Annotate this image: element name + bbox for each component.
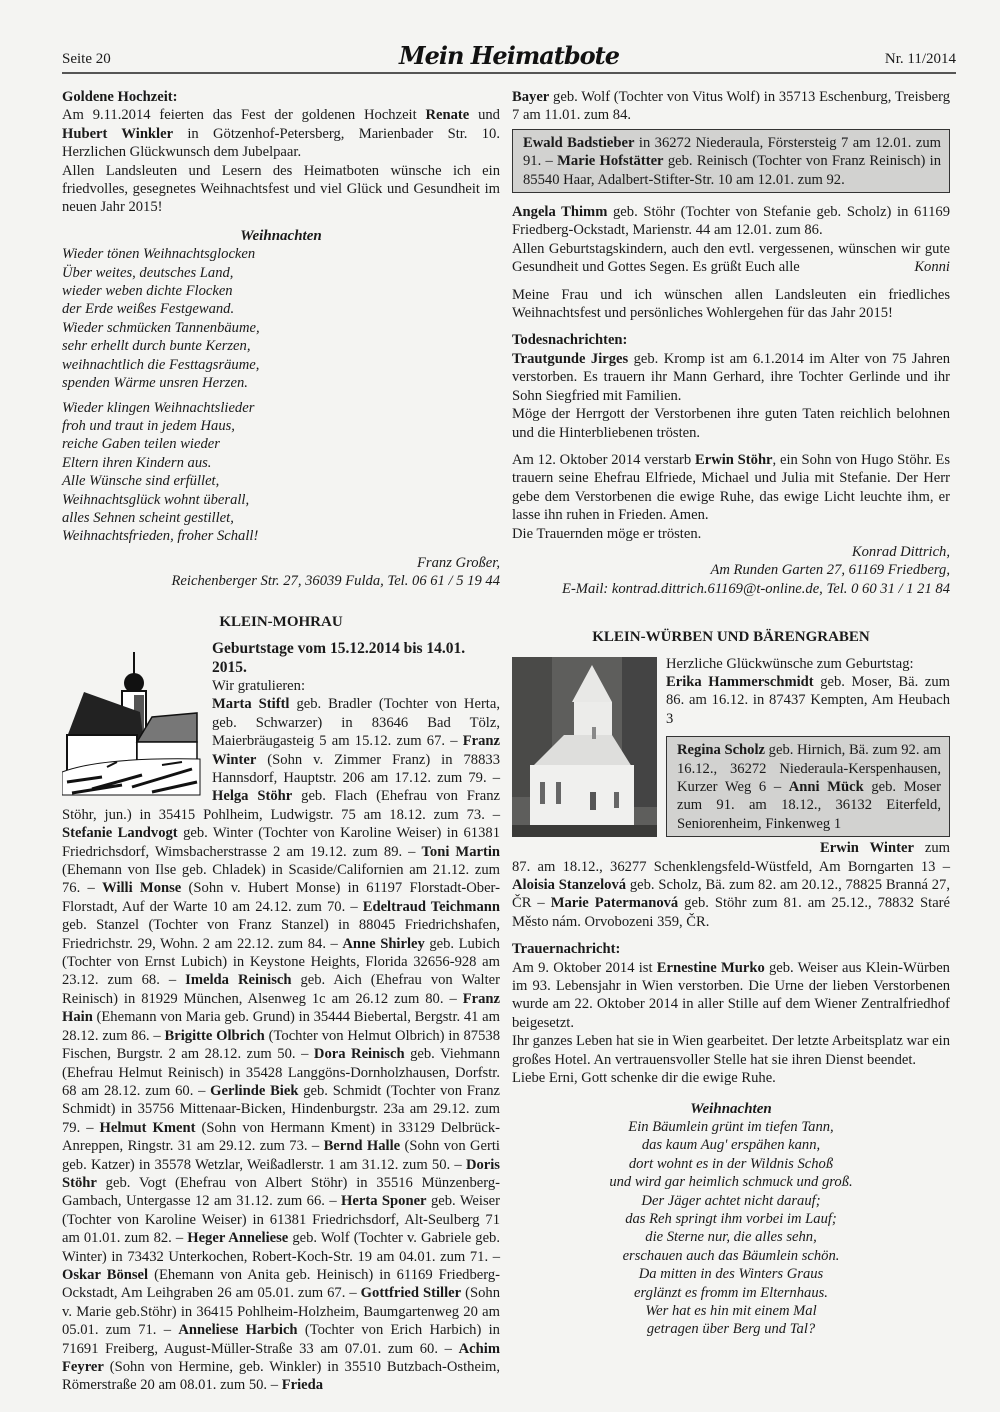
poem-line: Weihnachtsglück wohnt überall, <box>62 491 500 509</box>
person-name: Gerlinde Biek <box>210 1083 298 1099</box>
person-name: Marie Patermanová <box>551 895 679 911</box>
person-name: Erika Hammerschmidt <box>666 674 814 690</box>
kw-birthdays-continued: Erwin Winter zum 87. am 18.12., 36277 Sc… <box>512 839 950 931</box>
poem-line: Weihnachtsfrieden, froher Schall! <box>62 527 500 545</box>
person-name: Toni Martin <box>422 844 500 860</box>
greeting-text: Meine Frau und ich wünschen allen Landsl… <box>512 286 950 323</box>
highlight-box-kw: Regina Scholz geb. Hirnich, Bä. zum 92. … <box>666 736 950 837</box>
poem-line: weihnachtlich die Festtagsräume, <box>62 356 500 374</box>
person-name: Erwin Winter <box>820 840 914 856</box>
angela-entry: Angela Thimm geb. Stöhr (Tochter von Ste… <box>512 203 950 240</box>
person-name: Ewald Badstieber <box>523 135 634 151</box>
poem-line: Über weites, deutsches Land, <box>62 264 500 282</box>
person-name: Hubert Winkler <box>62 126 173 142</box>
death-notices-title: Todesnachrichten: <box>512 331 950 349</box>
poem-line: Der Jäger achtet nicht darauf; <box>512 1192 950 1210</box>
poem-line: der Erde weißes Festgewand. <box>62 300 500 318</box>
person-name: Renate <box>425 107 469 123</box>
death-notice-1-blessing: Möge der Herrgott der Verstorbenen ihre … <box>512 405 950 442</box>
poem-stanza-2: Wieder klingen Weihnachtsliederfroh und … <box>62 399 500 546</box>
person-name: Stefanie Landvogt <box>62 825 178 841</box>
poem-line: Wieder schmücken Tannenbäume, <box>62 319 500 337</box>
left-column: Goldene Hochzeit: Am 9.11.2014 feierten … <box>62 88 500 1395</box>
person-name: Herta Sponer <box>341 1193 426 1209</box>
poem-author: Franz Großer, <box>62 554 500 572</box>
birthday-wish: Allen Geburtstagskindern, auch den evtl.… <box>512 240 950 277</box>
poem-line: Wer hat es hin mit einem Mal <box>512 1302 950 1320</box>
person-name: Helmut Kment <box>100 1120 196 1136</box>
poem-line: Da mitten in des Winters Graus <box>512 1265 950 1283</box>
golden-wedding-text: Am 9.11.2014 feierten das Fest der golde… <box>62 106 500 161</box>
poem-line: dort wohnt es in der Wildnis Schoß <box>512 1155 950 1173</box>
right-column: Bayer geb. Wolf (Tochter von Vitus Wolf)… <box>512 88 950 1339</box>
author-address: Am Runden Garten 27, 61169 Friedberg, <box>512 561 950 579</box>
church-illustration <box>62 647 202 797</box>
poem-title-2: Weihnachten <box>512 1100 950 1118</box>
person-name: Edeltraud Teichmann <box>363 899 500 915</box>
holiday-wish: Allen Landsleuten und Lesern des Heimatb… <box>62 162 500 217</box>
birthday-list: Marta Stiftl geb. Bradler (Tochter von H… <box>62 695 500 1394</box>
person-name: Angela Thimm <box>512 204 607 220</box>
author-name: Konrad Dittrich, <box>512 543 950 561</box>
author-contact: E-Mail: kontrad.dittrich.61169@t-online.… <box>512 580 950 598</box>
person-name: Heger Anneliese <box>187 1230 288 1246</box>
mourning-text: Am 9. Oktober 2014 ist Ernestine Murko g… <box>512 959 950 1033</box>
person-name: Anneliese Harbich <box>178 1322 297 1338</box>
person-name: Aloisia Stanzelová <box>512 877 626 893</box>
golden-wedding-article: Goldene Hochzeit: Am 9.11.2014 feierten … <box>62 88 500 217</box>
person-name: Anni Mück <box>789 779 864 795</box>
golden-wedding-title: Goldene Hochzeit: <box>62 88 500 106</box>
mourning-title: Trauernachricht: <box>512 940 950 958</box>
poem-line: die Sterne nur, die alles sehn, <box>512 1228 950 1246</box>
page-header: Seite 20 Mein Heimatbote Nr. 11/2014 <box>62 38 956 74</box>
poem-line: Eltern ihren Kindern aus. <box>62 454 500 472</box>
poem-author-address: Reichenberger Str. 27, 36039 Fulda, Tel.… <box>62 572 500 590</box>
poem-title: Weihnachten <box>62 227 500 245</box>
text: und <box>469 107 500 123</box>
death-notice-1: Trautgunde Jirges geb. Kromp ist am 6.1.… <box>512 350 950 405</box>
masthead-logo: Mein Heimatbote <box>399 41 619 70</box>
text: Am 12. Oktober 2014 verstarb <box>512 452 695 468</box>
poem-line: sehr erhellt durch bunte Kerzen, <box>62 337 500 355</box>
poem-line: erschauen auch das Bäumlein schön. <box>512 1247 950 1265</box>
poem-2-lines: Ein Bäumlein grünt im tiefen Tann,das ka… <box>512 1118 950 1339</box>
mourning-closing: Liebe Erni, Gott schenke dir die ewige R… <box>512 1069 950 1087</box>
person-name: Trautgunde Jirges <box>512 351 628 367</box>
poem-line: froh und traut in jedem Haus, <box>62 417 500 435</box>
death-notice-2: Am 12. Oktober 2014 verstarb Erwin Stöhr… <box>512 451 950 525</box>
poem-line: das kaum Aug' erspähen kann, <box>512 1136 950 1154</box>
text: Am 9. Oktober 2014 ist <box>512 960 657 976</box>
person-name: Bayer <box>512 89 549 105</box>
poem-stanza-1: Wieder tönen WeihnachtsglockenÜber weite… <box>62 245 500 392</box>
text: Allen Geburtstagskindern, auch den evtl.… <box>512 241 950 275</box>
chapel-image-icon <box>512 657 657 837</box>
person-name: Marta Stiftl <box>212 696 289 712</box>
birthday-details: (Sohn v. Zimmer Franz) in 78833 Hannsdor… <box>212 752 500 786</box>
person-name: Dora Reinisch <box>314 1046 405 1062</box>
person-name: Helga Stöhr <box>212 788 292 804</box>
person-name: Imelda Reinisch <box>185 972 291 988</box>
church-drawing-icon <box>62 647 202 797</box>
poem-line: spenden Wärme unsren Herzen. <box>62 374 500 392</box>
person-name: Oskar Bönsel <box>62 1267 148 1283</box>
text: geb. Wolf (Tochter von Vitus Wolf) in 35… <box>512 89 950 123</box>
issue-number: Nr. 11/2014 <box>885 51 956 68</box>
birthday-continued: Bayer geb. Wolf (Tochter von Vitus Wolf)… <box>512 88 950 125</box>
poem-line: erglänzt es fromm im Elternhaus. <box>512 1284 950 1302</box>
person-name: Marie Hofstätter <box>557 153 663 169</box>
poem-line: Alle Wünsche sind erfüllet, <box>62 472 500 490</box>
poem-line: das Reh springt ihm vorbei im Lauf; <box>512 1210 950 1228</box>
mourning-text-2: Ihr ganzes Leben hat sie in Wien gearbei… <box>512 1032 950 1069</box>
section-title-klein-wuerben: KLEIN-WÜRBEN UND BÄRENGRABEN <box>512 628 950 646</box>
person-name: Brigitte Olbrich <box>165 1028 265 1044</box>
person-name: Regina Scholz <box>677 742 765 758</box>
person-name: Bernd Halle <box>324 1138 401 1154</box>
person-name: Erwin Stöhr <box>695 452 773 468</box>
person-name: Anne Shirley <box>342 936 424 952</box>
poem-line: und wird gar heimlich schmuck und groß. <box>512 1173 950 1191</box>
poem-line: Wieder tönen Weihnachtsglocken <box>62 245 500 263</box>
person-name: Willi Monse <box>102 880 181 896</box>
poem-line: wieder weben dichte Flocken <box>62 282 500 300</box>
poem-line: reiche Gaben teilen wieder <box>62 435 500 453</box>
section-title-klein-mohrau: KLEIN-MOHRAU <box>62 613 500 631</box>
signature: Konni <box>914 258 950 276</box>
poem-line: getragen über Berg und Tal? <box>512 1320 950 1338</box>
poem-line: alles Sehnen scheint gestillet, <box>62 509 500 527</box>
death-notice-2-closing: Die Trauernden möge er trösten. <box>512 525 950 543</box>
highlight-box-birthdays: Ewald Badstieber in 36272 Niederaula, Fö… <box>512 129 950 193</box>
person-name: Ernestine Murko <box>657 960 765 976</box>
page-number: Seite 20 <box>62 51 111 68</box>
poem-line: Wieder klingen Weihnachtslieder <box>62 399 500 417</box>
poem-line: Ein Bäumlein grünt im tiefen Tann, <box>512 1118 950 1136</box>
text: Am 9.11.2014 feierten das Fest der golde… <box>62 107 425 123</box>
person-name: Gottfried Stiller <box>361 1285 461 1301</box>
chapel-photo <box>512 657 657 837</box>
person-name: Frieda <box>282 1377 323 1393</box>
